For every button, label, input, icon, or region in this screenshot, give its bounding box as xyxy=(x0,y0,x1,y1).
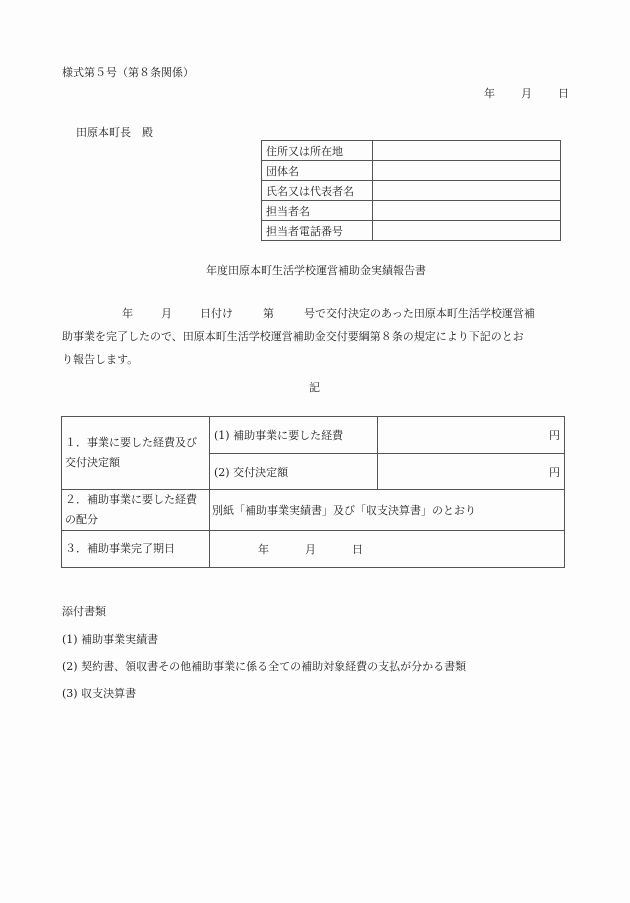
applicant-info-table: 住所又は所在地 団体名 氏名又は代表者名 担当者名 担当者電話番号 xyxy=(261,140,561,241)
table-row: 担当者電話番号 xyxy=(262,221,561,241)
organization-field[interactable] xyxy=(373,161,561,181)
yen-unit: 円 xyxy=(549,429,560,442)
table-row: 住所又は所在地 xyxy=(262,141,561,161)
project-expense-field[interactable]: 円 xyxy=(378,417,565,454)
completion-year: 年 xyxy=(258,543,269,556)
attachments-heading: 添付書類 xyxy=(62,603,106,619)
report-table: １．事業に要した経費及び 交付決定額 (1) 補助事業に要した経費 円 (2) … xyxy=(61,416,565,568)
grant-amount-field[interactable]: 円 xyxy=(378,454,565,490)
expense-and-grant-label: １．事業に要した経費及び 交付決定額 xyxy=(62,417,210,490)
address-label: 住所又は所在地 xyxy=(262,141,373,161)
completion-month: 月 xyxy=(305,543,316,556)
attachment-item-3: (3) 収支決算書 xyxy=(62,685,136,701)
expense-allocation-label: ２．補助事業に要した経費 の配分 xyxy=(62,490,210,531)
grant-amount-label: (2) 交付決定額 xyxy=(210,454,378,490)
date-day: 日 xyxy=(558,87,569,100)
body-paragraph: 年月日付け第号で交付決定のあった田原本町生活学校運営補 助事業を完了したので、田… xyxy=(62,302,535,371)
completion-date-label: ３．補助事業完了期日 xyxy=(62,531,210,568)
submission-date: 年月日 xyxy=(484,85,569,101)
table-row: 団体名 xyxy=(262,161,561,181)
addressee: 田原本町長 殿 xyxy=(76,124,153,140)
address-field[interactable] xyxy=(373,141,561,161)
table-row: １．事業に要した経費及び 交付決定額 (1) 補助事業に要した経費 円 xyxy=(62,417,565,454)
contact-phone-label: 担当者電話番号 xyxy=(262,221,373,241)
representative-label: 氏名又は代表者名 xyxy=(262,181,373,201)
attachment-item-2: (2) 契約書、領収書その他補助事業に係る全ての補助対象経費の支払が分かる書類 xyxy=(62,658,466,674)
body-line-3: り報告します。 xyxy=(62,348,535,371)
date-month: 月 xyxy=(521,87,532,100)
contact-phone-field[interactable] xyxy=(373,221,561,241)
yen-unit: 円 xyxy=(549,466,560,479)
table-row: 担当者名 xyxy=(262,201,561,221)
expense-allocation-value: 別紙「補助事業実績書」及び「収支決算書」のとおり xyxy=(210,490,565,531)
ki-heading: 記 xyxy=(309,379,320,395)
completion-date-field[interactable]: 年月日 xyxy=(210,531,565,568)
representative-field[interactable] xyxy=(373,181,561,201)
form-number: 様式第５号（第８条関係） xyxy=(62,64,194,80)
body-line-2: 助事業を完了したので、田原本町生活学校運営補助金交付要綱第８条の規定により下記の… xyxy=(62,325,535,348)
contact-person-field[interactable] xyxy=(373,201,561,221)
contact-person-label: 担当者名 xyxy=(262,201,373,221)
table-row: ２．補助事業に要した経費 の配分 別紙「補助事業実績書」及び「収支決算書」のとお… xyxy=(62,490,565,531)
table-row: ３．補助事業完了期日 年月日 xyxy=(62,531,565,568)
completion-day: 日 xyxy=(352,543,363,556)
organization-label: 団体名 xyxy=(262,161,373,181)
body-line-1: 年月日付け第号で交付決定のあった田原本町生活学校運営補 xyxy=(62,302,535,325)
document-title: 年度田原本町生活学校運営補助金実績報告書 xyxy=(206,262,426,278)
project-expense-label: (1) 補助事業に要した経費 xyxy=(210,417,378,454)
date-year: 年 xyxy=(484,87,495,100)
table-row: 氏名又は代表者名 xyxy=(262,181,561,201)
attachment-item-1: (1) 補助事業実績書 xyxy=(62,631,158,647)
